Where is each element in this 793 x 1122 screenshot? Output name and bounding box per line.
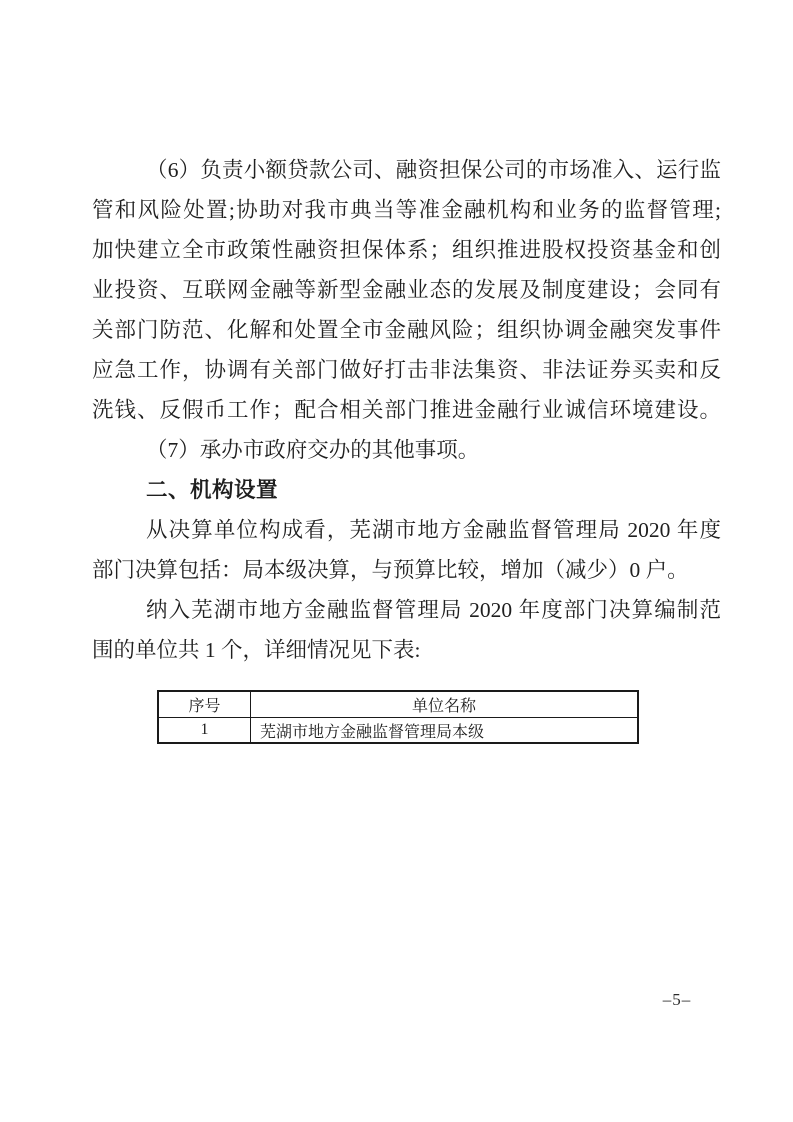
- table-header-unit-name: 单位名称: [251, 691, 639, 718]
- paragraph-line: 加快建立全市政策性融资担保体系；组织推进股权投资基金和创: [92, 230, 721, 270]
- table-header-row: 序号 单位名称: [158, 691, 638, 718]
- document-body: （6）负责小额贷款公司、融资担保公司的市场准入、运行监 管和风险处置;协助对我市…: [92, 150, 721, 670]
- paragraph-line: 关部门防范、化解和处置全市金融风险；组织协调金融突发事件: [92, 310, 721, 350]
- table-row: 1 芜湖市地方金融监督管理局本级: [158, 718, 638, 744]
- document-page: （6）负责小额贷款公司、融资担保公司的市场准入、运行监 管和风险处置;协助对我市…: [0, 0, 793, 1122]
- paragraph-line: 管和风险处置;协助对我市典当等准金融机构和业务的监督管理;: [92, 190, 721, 230]
- table-header-index: 序号: [158, 691, 251, 718]
- section-heading: 二、机构设置: [92, 470, 721, 510]
- paragraph-line: 业投资、互联网金融等新型金融业态的发展及制度建设；会同有: [92, 270, 721, 310]
- paragraph-line: （7）承办市政府交办的其他事项。: [92, 430, 721, 470]
- page-number: –5–: [642, 990, 712, 1010]
- paragraph-line: 从决算单位构成看，芜湖市地方金融监督管理局 2020 年度: [92, 510, 721, 550]
- paragraph-line: 部门决算包括：局本级决算，与预算比较，增加（减少）0 户。: [92, 550, 721, 590]
- table-cell-index: 1: [158, 718, 251, 744]
- org-units-table: 序号 单位名称 1 芜湖市地方金融监督管理局本级: [157, 690, 639, 744]
- paragraph-line: （6）负责小额贷款公司、融资担保公司的市场准入、运行监: [92, 150, 721, 190]
- paragraph-line: 纳入芜湖市地方金融监督管理局 2020 年度部门决算编制范: [92, 590, 721, 630]
- paragraph-line: 洗钱、反假币工作；配合相关部门推进金融行业诚信环境建设。: [92, 390, 721, 430]
- paragraph-line: 围的单位共 1 个，详细情况见下表:: [92, 630, 721, 670]
- table-cell-unit-name: 芜湖市地方金融监督管理局本级: [251, 718, 639, 744]
- paragraph-line: 应急工作，协调有关部门做好打击非法集资、非法证券买卖和反: [92, 350, 721, 390]
